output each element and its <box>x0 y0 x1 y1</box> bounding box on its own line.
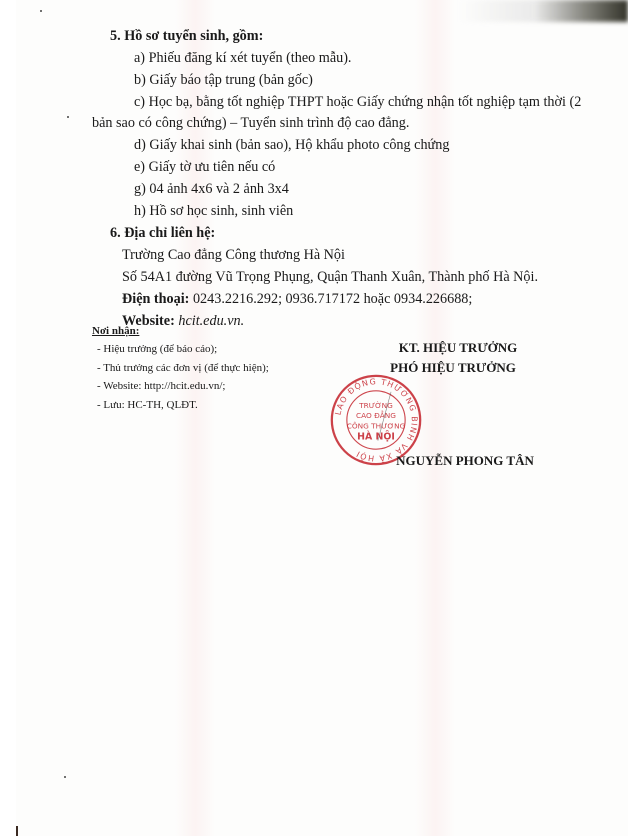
list-item: a) Phiếu đăng kí xét tuyển (theo mẫu). <box>134 49 351 67</box>
phone-line: Điện thoại: 0243.2216.292; 0936.717172 h… <box>122 290 472 308</box>
list-item: d) Giấy khai sinh (bản sao), Hộ khẩu pho… <box>134 136 449 154</box>
list-item: c) Học bạ, bằng tốt nghiệp THPT hoặc Giấ… <box>134 93 581 111</box>
recipient-item: - Website: http://hcit.edu.vn/; <box>97 379 225 393</box>
recipient-item: - Thủ trưởng các đơn vị (để thực hiện); <box>97 361 269 375</box>
seal-inner-line: HÀ NỘI <box>357 431 395 443</box>
seal-inner-line: CÔNG THƯƠNG <box>347 421 406 430</box>
signature-title-1: KT. HIỆU TRƯỞNG <box>368 340 548 356</box>
website-line: Website: hcit.edu.vn. <box>122 312 244 330</box>
section-5-heading: 5. Hồ sơ tuyển sinh, gồm: <box>110 27 263 45</box>
list-item: g) 04 ảnh 4x6 và 2 ảnh 3x4 <box>134 180 289 198</box>
scan-speck <box>64 776 66 778</box>
recipient-item: - Hiệu trưởng (để báo cáo); <box>97 342 217 356</box>
signer-name: NGUYỄN PHONG TÂN <box>395 453 535 469</box>
scan-edge-shadow <box>458 0 628 22</box>
school-name: Trường Cao đẳng Công thương Hà Nội <box>122 246 345 264</box>
scan-speck <box>40 10 42 12</box>
website-value: hcit.edu.vn. <box>175 313 244 329</box>
scan-edge-mark <box>16 826 18 836</box>
list-item: b) Giấy báo tập trung (bản gốc) <box>134 71 313 89</box>
section-6-heading: 6. Địa chỉ liên hệ: <box>110 224 215 242</box>
phone-label: Điện thoại: <box>122 291 189 307</box>
scan-speck <box>67 116 69 118</box>
list-item: e) Giấy tờ ưu tiên nếu có <box>134 158 275 176</box>
recipient-item: - Lưu: HC-TH, QLĐT. <box>97 398 198 412</box>
school-address: Số 54A1 đường Vũ Trọng Phụng, Quận Thanh… <box>122 268 538 286</box>
list-item: h) Hồ sơ học sinh, sinh viên <box>134 202 293 220</box>
phone-value: 0243.2216.292; 0936.717172 hoặc 0934.226… <box>189 291 472 307</box>
seal-inner-line: CAO ĐẲNG <box>356 410 396 420</box>
seal-inner-line: TRƯỜNG <box>358 401 393 410</box>
list-item-continuation: bản sao có công chứng) – Tuyển sinh trìn… <box>92 114 409 132</box>
recipients-heading: Nơi nhận: <box>92 324 139 338</box>
